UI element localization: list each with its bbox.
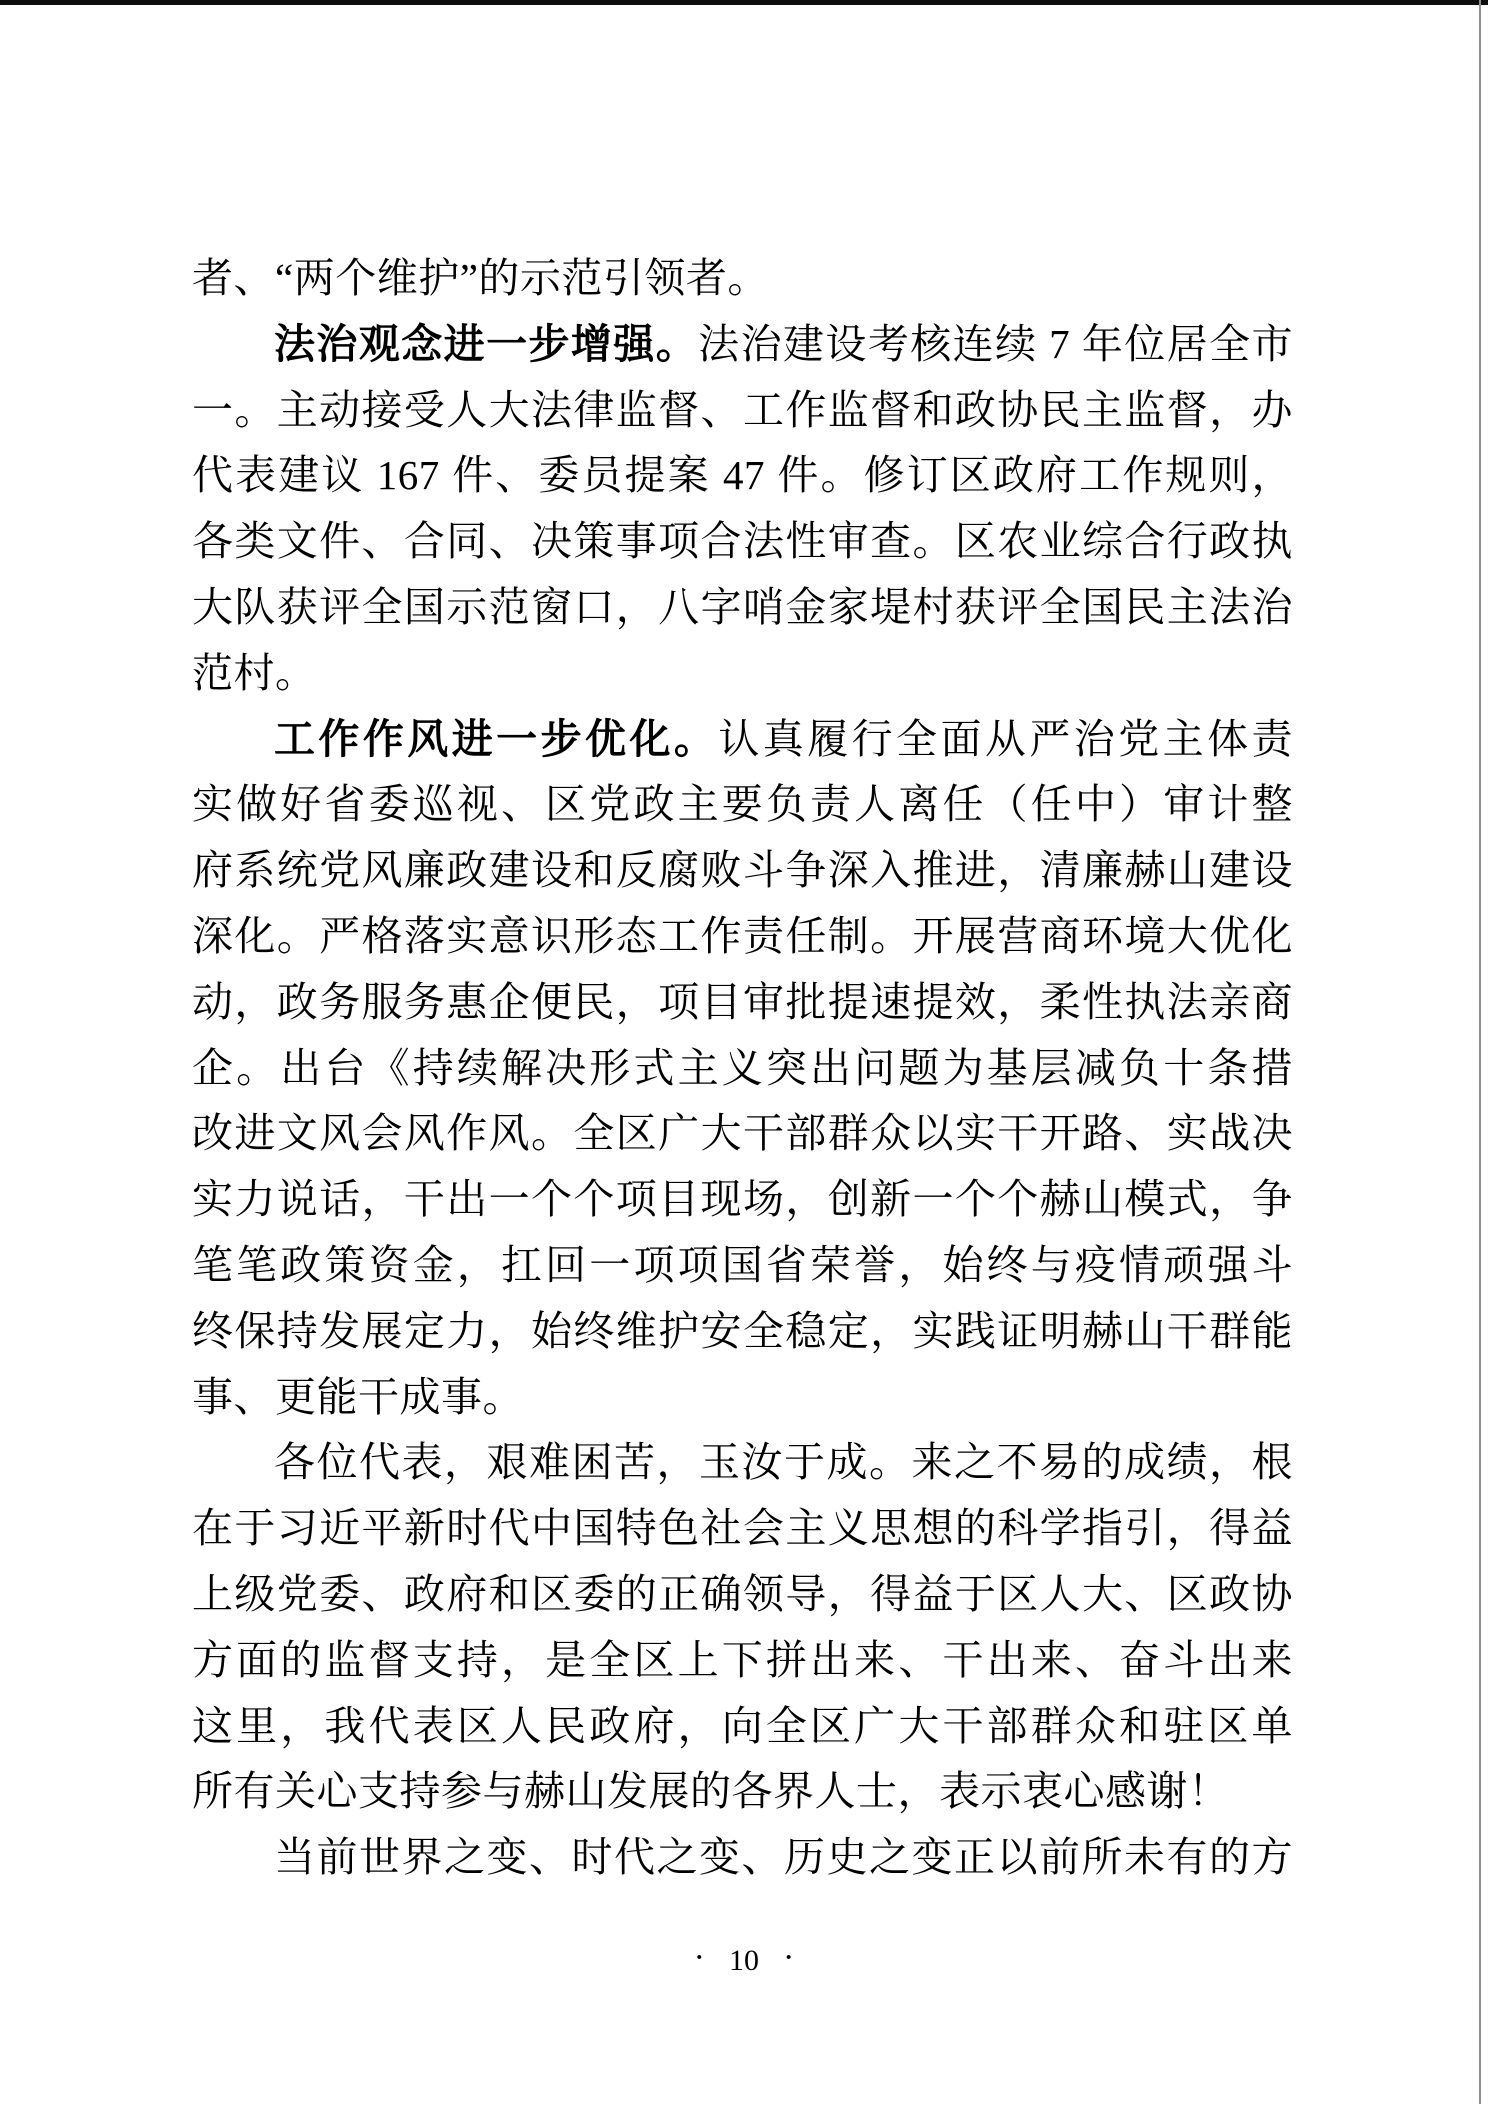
text-line-21: 上级党委、政府和区委的正确领导，得益于区人大、区政协和各 — [192, 1562, 1293, 1628]
text-line-14: 改进文风会风作风。全区广大干部群众以实干开路、实战决胜、 — [192, 1101, 1293, 1167]
line-text: 大队获评全国示范窗口，八字哨金家堤村获评全国民主法治示 — [192, 584, 1293, 641]
text-line-20: 在于习近平新时代中国特色社会主义思想的科学指引，得益于 — [192, 1496, 1293, 1562]
text-line-5: 各类文件、合同、决策事项合法性审查。区农业综合行政执法 — [192, 509, 1293, 575]
bold-lead: 工作作风进一步优化。 — [274, 716, 718, 762]
line-text: 一。主动接受人大法律监督、工作监督和政协民主监督，办理 — [192, 387, 1293, 444]
text-line-16: 笔笔政策资金，扛回一项项国省荣誉，始终与疫情顽强斗争，始 — [192, 1233, 1293, 1299]
line-text: 当前世界之变、时代之变、历史之变正以前所未有的方式 — [192, 1834, 1293, 1891]
text-line-25: 当前世界之变、时代之变、历史之变正以前所未有的方式 — [192, 1825, 1293, 1891]
line-text: 这里，我代表区人民政府，向全区广大干部群众和驻区单位，向 — [192, 1703, 1293, 1760]
text-line-19: 各位代表，艰难困苦，玉汝于成。来之不易的成绩，根本 — [192, 1430, 1293, 1496]
line-text: 实做好省委巡视、区党政主要负责人离任（任中）审计整改，政 — [192, 781, 1293, 838]
text-line-2: 法治观念进一步增强。法治建设考核连续 7 年位居全市第 — [192, 312, 1293, 378]
line-text: 上级党委、政府和区委的正确领导，得益于区人大、区政协和各 — [192, 1571, 1293, 1628]
text-line-7: 范村。 — [192, 641, 1293, 707]
line-text: 各类文件、合同、决策事项合法性审查。区农业综合行政执法 — [192, 518, 1293, 575]
line-text: 在于习近平新时代中国特色社会主义思想的科学指引，得益于 — [192, 1505, 1293, 1562]
text-line-8: 工作作风进一步优化。认真履行全面从严治党主体责任，扎 — [192, 707, 1293, 773]
line-text: 实力说话，干出一个个项目现场，创新一个个赫山模式，争得一 — [192, 1176, 1293, 1233]
page-top-edge-bar — [0, 0, 1488, 5]
text-line-9: 实做好省委巡视、区党政主要负责人离任（任中）审计整改，政 — [192, 772, 1293, 838]
text-line-23: 这里，我代表区人民政府，向全区广大干部群众和驻区单位，向 — [192, 1694, 1293, 1760]
page-number: 10 — [729, 1939, 759, 1983]
text-line-24: 所有关心支持参与赫山发展的各界人士，表示衷心感谢！ — [192, 1759, 1293, 1825]
line-text: 事、更能干成事。 — [192, 1374, 524, 1420]
text-line-13: 企。出台《持续解决形式主义突出问题为基层减负十条措施》， — [192, 1036, 1293, 1102]
line-text: 代表建议 167 件、委员提案 47 件。修订区政府工作规则，严格 — [192, 452, 1293, 509]
line-text: 各位代表，艰难困苦，玉汝于成。来之不易的成绩，根本 — [192, 1439, 1293, 1496]
line-text: 府系统党风廉政建设和反腐败斗争深入推进，清廉赫山建设持续 — [192, 847, 1293, 904]
footer-dot-right: · — [783, 1936, 794, 1980]
document-page: 者、“两个维护”的示范引领者。 法治观念进一步增强。法治建设考核连续 7 年位居… — [0, 0, 1488, 2104]
text-line-15: 实力说话，干出一个个项目现场，创新一个个赫山模式，争得一 — [192, 1167, 1293, 1233]
text-line-10: 府系统党风廉政建设和反腐败斗争深入推进，清廉赫山建设持续 — [192, 838, 1293, 904]
text-line-1: 者、“两个维护”的示范引领者。 — [192, 246, 1293, 312]
line-text: 范村。 — [192, 650, 317, 696]
line-text: 者、“两个维护”的示范引领者。 — [192, 255, 769, 301]
text-line-11: 深化。严格落实意识形态工作责任制。开展营商环境大优化行 — [192, 904, 1293, 970]
line-text: 企。出台《持续解决形式主义突出问题为基层减负十条措施》， — [192, 1045, 1293, 1102]
text-line-3: 一。主动接受人大法律监督、工作监督和政协民主监督，办理 — [192, 378, 1293, 444]
document-body: 者、“两个维护”的示范引领者。 法治观念进一步增强。法治建设考核连续 7 年位居… — [192, 246, 1293, 1891]
footer-dot-left: · — [694, 1936, 705, 1980]
line-text: 方面的监督支持，是全区上下拼出来、干出来、奋斗出来的！在 — [192, 1637, 1293, 1694]
text-line-4: 代表建议 167 件、委员提案 47 件。修订区政府工作规则，严格 — [192, 443, 1293, 509]
page-right-edge-line — [1479, 0, 1481, 2104]
line-text: 动，政务服务惠企便民，项目审批提速提效，柔性执法亲商暖 — [192, 979, 1293, 1036]
bold-lead: 法治观念进一步增强。 — [274, 321, 698, 367]
text-line-18: 事、更能干成事。 — [192, 1365, 1293, 1431]
line-text: 所有关心支持参与赫山发展的各界人士，表示衷心感谢！ — [192, 1768, 1230, 1814]
line-text: 笔笔政策资金，扛回一项项国省荣誉，始终与疫情顽强斗争，始 — [192, 1242, 1293, 1299]
text-line-22: 方面的监督支持，是全区上下拼出来、干出来、奋斗出来的！在 — [192, 1628, 1293, 1694]
page-footer: ·10· — [0, 1938, 1488, 1983]
line-text: 深化。严格落实意识形态工作责任制。开展营商环境大优化行 — [192, 913, 1293, 970]
line-text: 终保持发展定力，始终维护安全稳定，实践证明赫山干群能干 — [192, 1308, 1293, 1365]
text-line-6: 大队获评全国示范窗口，八字哨金家堤村获评全国民主法治示 — [192, 575, 1293, 641]
line-text: 改进文风会风作风。全区广大干部群众以实干开路、实战决胜、 — [192, 1110, 1293, 1167]
text-line-17: 终保持发展定力，始终维护安全稳定，实践证明赫山干群能干 — [192, 1299, 1293, 1365]
text-line-12: 动，政务服务惠企便民，项目审批提速提效，柔性执法亲商暖 — [192, 970, 1293, 1036]
